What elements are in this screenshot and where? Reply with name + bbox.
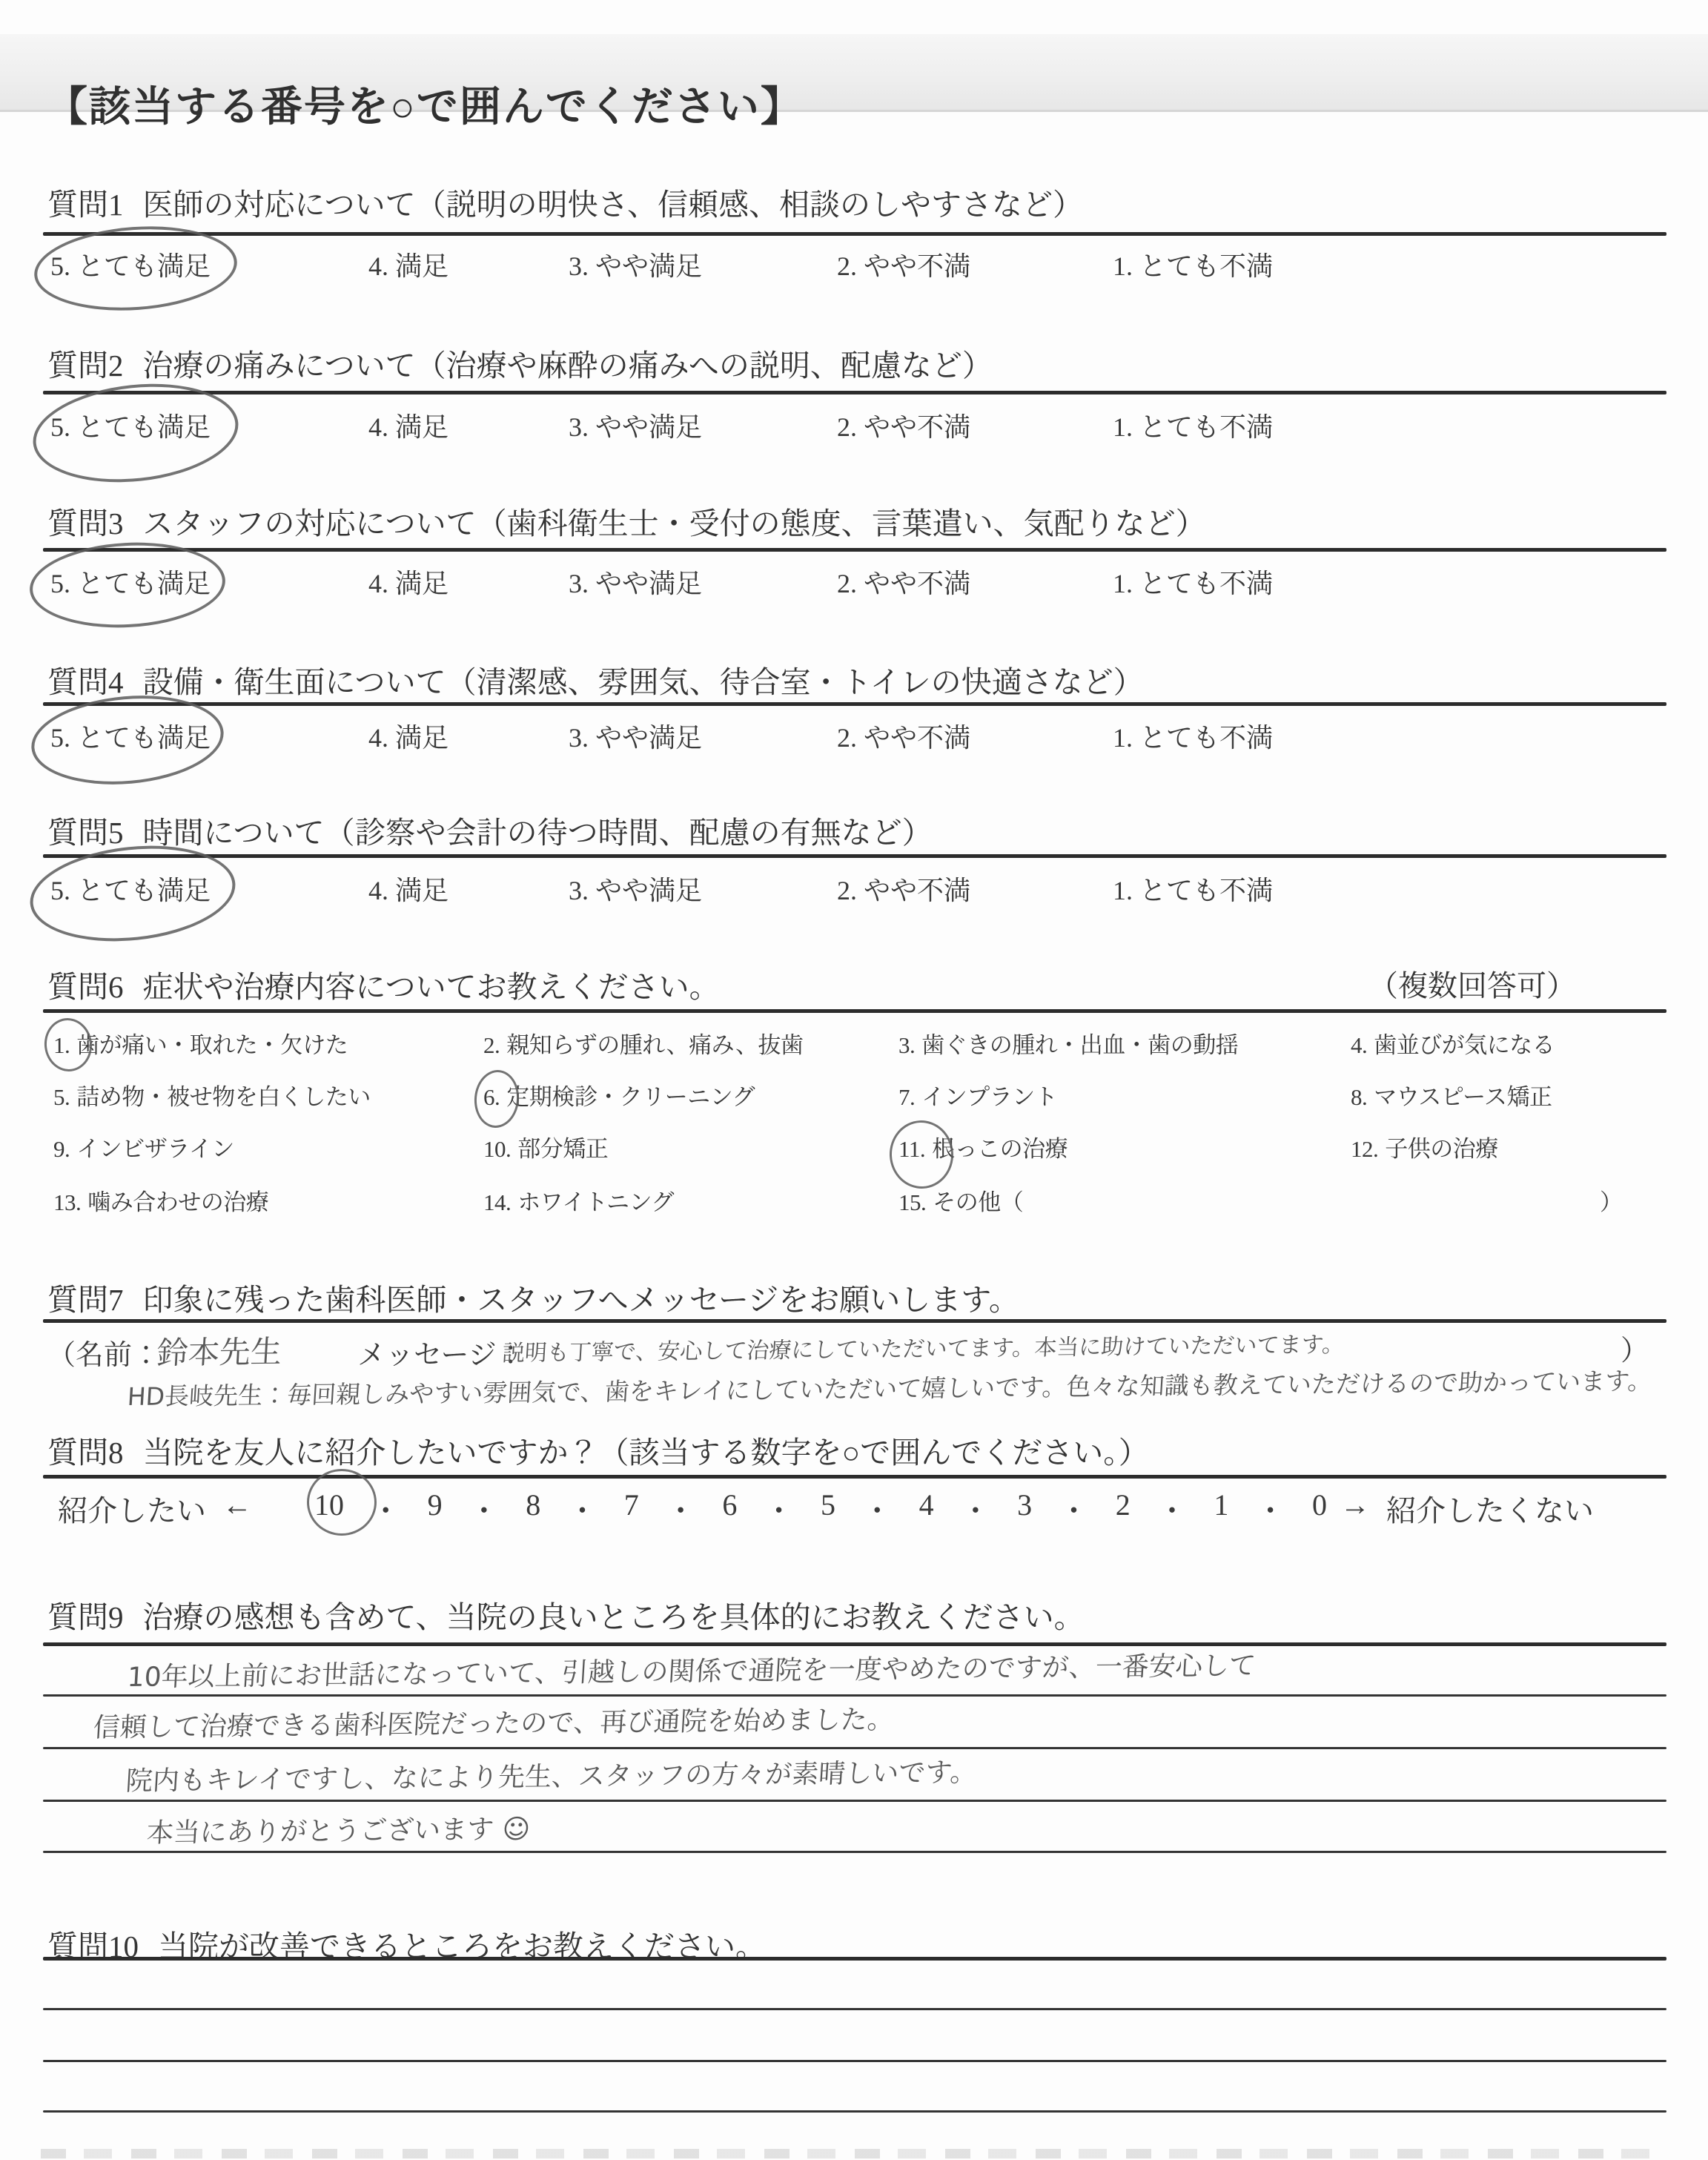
handwritten-circle-q6-option1 (42, 1015, 95, 1074)
option-somewhat-satisfied: 3. やや満足 (569, 563, 702, 601)
q6-option-12-number: 12. (1351, 1136, 1378, 1162)
q6-option-7: 7.インプラント (898, 1078, 1057, 1112)
q6-option-2-number: 2. (483, 1032, 500, 1058)
handwritten-circle-q3-answer (27, 538, 228, 633)
q6-option-3: 3.歯ぐきの腫れ・出血・歯の動揺 (898, 1026, 1238, 1060)
question-3-label: 質問3 (47, 506, 124, 541)
q6-option-9-number: 9. (53, 1136, 70, 1162)
question-5-label: 質問5 (47, 816, 124, 850)
section-divider (43, 1319, 1666, 1323)
question-2-heading: 質問2治療の痛みについて（治療や麻酔の痛みへの説明、配慮など） (47, 341, 993, 385)
q7-message-handwritten: 説明も丁寧で、安心して治療にしていただいてます。本当に助けていただいてます。 (502, 1326, 1345, 1367)
option-somewhat-satisfied: 3. やや満足 (569, 870, 702, 908)
q8-left-arrow: ← (222, 1487, 252, 1522)
q6-option-4: 4.歯並びが気になる (1351, 1026, 1555, 1060)
q8-scale-left-label: 紹介したい (58, 1487, 206, 1530)
answer-line-rule (43, 2110, 1666, 2113)
cutoff-text-strip (41, 2149, 1668, 2159)
section-divider (43, 1475, 1666, 1479)
question-1-text: 医師の対応について（説明の明快さ、信頼感、相談のしやすさなど） (143, 188, 1084, 222)
option-satisfied: 4. 満足 (368, 717, 448, 755)
survey-page: 【該当する番号を○で囲んでください】 質問1医師の対応について（説明の明快さ、信… (0, 0, 1708, 2160)
option-satisfied: 4. 満足 (368, 563, 448, 601)
q9-answer-line-2: 信頼して治療できる歯科医院だったので、再び通院を始めました。 (92, 1699, 895, 1745)
question-9-text: 治療の感想も含めて、当院の良いところを具体的にお教えください。 (143, 1600, 1085, 1634)
section-divider (43, 391, 1666, 394)
option-somewhat-satisfied: 3. やや満足 (569, 717, 702, 755)
q8-scale-numbers: 10 ・ 9 ・ 8 ・ 7 ・ 6 ・ 5 ・ 4 ・ 3 ・ 2 ・ 1 ・… (314, 1487, 1327, 1530)
section-divider (43, 232, 1666, 236)
q8-number-2: 2 (1116, 1487, 1131, 1530)
option-satisfied: 4. 満足 (368, 245, 448, 283)
question-9-label: 質問9 (47, 1600, 124, 1634)
dot-separator: ・ (764, 1487, 794, 1530)
q6-option-9: 9.インビザライン (53, 1130, 234, 1163)
q8-right-arrow: → (1340, 1487, 1370, 1522)
option-somewhat-dissatisfied: 2. やや不満 (837, 245, 970, 283)
dot-separator: ・ (1157, 1487, 1187, 1530)
q6-option-15-number: 15. (898, 1189, 926, 1215)
question-8-text: 当院を友人に紹介したいですか？（該当する数字を○で囲んでください。） (143, 1436, 1149, 1470)
question-1-heading: 質問1医師の対応について（説明の明快さ、信頼感、相談のしやすさなど） (47, 180, 1083, 224)
q6-option-2: 2.親知らずの腫れ、痛み、抜歯 (483, 1026, 803, 1060)
q8-scale-right-label: 紹介したくない (1386, 1487, 1594, 1530)
option-satisfied: 4. 満足 (368, 406, 448, 444)
q8-number-1: 1 (1214, 1487, 1228, 1530)
q8-number-0: 0 (1312, 1487, 1327, 1530)
answer-line-rule (43, 1694, 1666, 1697)
q6-option-15-close-paren: ） (1600, 1183, 1623, 1217)
q6-option-12: 12.子供の治療 (1351, 1130, 1498, 1163)
q6-option-7-number: 7. (898, 1084, 915, 1110)
q6-option-10-number: 10. (483, 1136, 511, 1162)
section-divider (43, 1009, 1666, 1013)
q6-option-1: 1.歯が痛い・取れた・欠けた (53, 1026, 348, 1060)
question-4-heading: 質問4設備・衛生面について（清潔感、雰囲気、待合室・トイレの快適さなど） (47, 658, 1144, 701)
q6-option-14: 14.ホワイトニング (483, 1183, 674, 1217)
q6-option-15: 15.その他（ (898, 1183, 1023, 1217)
option-satisfied: 4. 満足 (368, 870, 448, 908)
dot-separator: ・ (567, 1487, 597, 1530)
q7-message-label: メッセージ： (357, 1332, 525, 1373)
q9-answer-line-4: 本当にありがとうございます ☺ (145, 1809, 531, 1850)
question-8-label: 質問8 (47, 1436, 124, 1470)
q6-option-13-number: 13. (53, 1189, 81, 1215)
q6-option-6: 6.定期検診・クリーニング (483, 1078, 755, 1112)
question-3-text: スタッフの対応について（歯科衛生士・受付の態度、言葉遣い、気配りなど） (143, 506, 1206, 541)
answer-line-rule (43, 2008, 1666, 2010)
question-2-text: 治療の痛みについて（治療や麻酔の痛みへの説明、配慮など） (143, 349, 993, 383)
q6-option-8-number: 8. (1351, 1084, 1367, 1110)
q7-second-line-handwritten: HD長岐先生：毎回親しみやすい雰囲気で、歯をキレイにしていただいて嬉しいです。色… (127, 1361, 1653, 1413)
option-somewhat-satisfied: 3. やや満足 (569, 245, 702, 283)
question-3-heading: 質問3スタッフの対応について（歯科衛生士・受付の態度、言葉遣い、気配りなど） (47, 499, 1206, 543)
q7-name-handwritten: 鈴本先生 (156, 1327, 283, 1373)
q9-answer-line-1: 10年以上前にお世話になっていて、引越しの関係で通院を一度やめたのですが、一番安… (126, 1645, 1257, 1694)
dot-separator: ・ (469, 1487, 499, 1530)
section-divider (43, 548, 1666, 552)
q8-number-3: 3 (1017, 1487, 1032, 1530)
q6-option-5-number: 5. (53, 1084, 70, 1110)
handwritten-circle-q8-score10 (307, 1469, 377, 1536)
question-7-text: 印象に残った歯科医師・スタッフへメッセージをお願いします。 (143, 1283, 1019, 1317)
dot-separator: ・ (1256, 1487, 1285, 1530)
q8-number-5: 5 (821, 1487, 835, 1530)
question-6-heading: 質問6症状や治療内容についてお教えください。 (47, 962, 720, 1006)
answer-line-rule (43, 1800, 1666, 1802)
question-6-label: 質問6 (47, 970, 124, 1004)
answer-line-rule (43, 2060, 1666, 2062)
q9-answer-line-3: 院内もキレイですし、なにより先生、スタッフの方々が素晴しいです。 (125, 1751, 978, 1798)
question-4-label: 質問4 (47, 665, 124, 699)
answer-line-rule (43, 1851, 1666, 1853)
q8-number-4: 4 (919, 1487, 934, 1530)
handwritten-circle-q6-option6 (472, 1069, 522, 1130)
option-somewhat-dissatisfied: 2. やや不満 (837, 406, 970, 444)
q8-number-8: 8 (526, 1487, 540, 1530)
option-very-dissatisfied: 1. とても不満 (1113, 717, 1273, 755)
question-7-label: 質問7 (47, 1283, 124, 1317)
question-5-text: 時間について（診察や会計の待つ時間、配慮の有無など） (143, 816, 933, 850)
q6-option-3-number: 3. (898, 1032, 915, 1058)
question-1-label: 質問1 (47, 188, 124, 222)
q8-number-6: 6 (722, 1487, 737, 1530)
question-2-label: 質問2 (47, 349, 124, 383)
question-6-text: 症状や治療内容についてお教えください。 (143, 970, 720, 1004)
dot-separator: ・ (1059, 1487, 1088, 1530)
q6-option-8: 8.マウスピース矯正 (1351, 1078, 1552, 1112)
dot-separator: ・ (961, 1487, 990, 1530)
q6-option-10: 10.部分矯正 (483, 1130, 608, 1163)
option-very-dissatisfied: 1. とても不満 (1113, 245, 1273, 283)
q8-number-7: 7 (624, 1487, 639, 1530)
question-4-text: 設備・衛生面について（清潔感、雰囲気、待合室・トイレの快適さなど） (143, 665, 1144, 699)
option-somewhat-dissatisfied: 2. やや不満 (837, 870, 970, 908)
q7-name-label: （名前： (47, 1332, 160, 1373)
option-very-dissatisfied: 1. とても不満 (1113, 406, 1273, 444)
q6-option-14-number: 14. (483, 1189, 511, 1215)
option-somewhat-dissatisfied: 2. やや不満 (837, 563, 970, 601)
section-divider (43, 1642, 1666, 1646)
page-title: 【該当する番号を○で囲んでください】 (46, 74, 804, 133)
question-7-heading: 質問7印象に残った歯科医師・スタッフへメッセージをお願いします。 (47, 1275, 1019, 1319)
question-8-heading: 質問8当院を友人に紹介したいですか？（該当する数字を○で囲んでください。） (47, 1428, 1149, 1472)
dot-separator: ・ (862, 1487, 892, 1530)
handwritten-circle-q5-answer (25, 836, 240, 951)
option-very-dissatisfied: 1. とても不満 (1113, 563, 1273, 601)
question-9-heading: 質問9治療の感想も含めて、当院の良いところを具体的にお教えください。 (47, 1593, 1085, 1636)
question-6-note: （複数回答可） (1368, 962, 1576, 1005)
q6-option-5: 5.詰め物・被せ物を白くしたい (53, 1078, 371, 1112)
option-somewhat-satisfied: 3. やや満足 (569, 406, 702, 444)
question-5-heading: 質問5時間について（診察や会計の待つ時間、配慮の有無など） (47, 808, 933, 852)
section-divider (43, 1957, 1666, 1961)
section-divider (43, 702, 1666, 706)
option-somewhat-dissatisfied: 2. やや不満 (837, 717, 970, 755)
option-very-dissatisfied: 1. とても不満 (1113, 870, 1273, 908)
answer-line-rule (43, 1747, 1666, 1749)
q6-option-4-number: 4. (1351, 1032, 1367, 1058)
q6-option-13: 13.噛み合わせの治療 (53, 1183, 268, 1217)
q8-number-9: 9 (428, 1487, 443, 1530)
section-divider (43, 854, 1666, 858)
dot-separator: ・ (666, 1487, 695, 1530)
